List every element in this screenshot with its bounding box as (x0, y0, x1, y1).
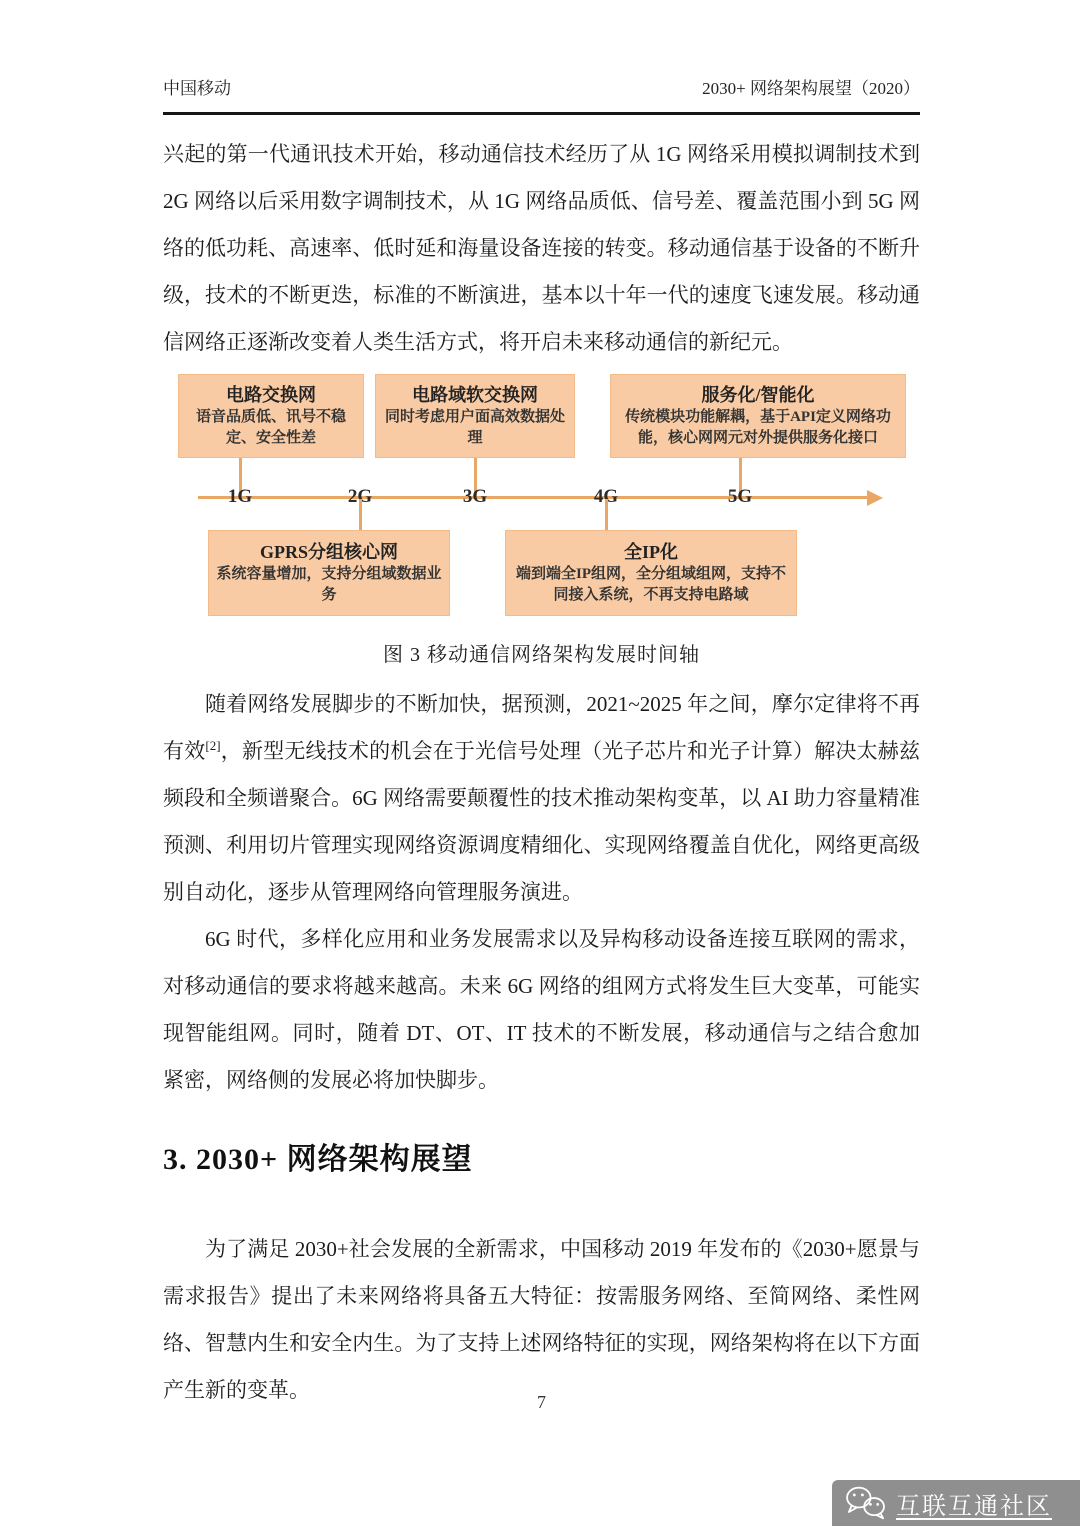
watermark-label: 互联互通社区 (896, 1486, 1052, 1521)
diagram-box-gprs-core: GPRS分组核心网 系统容量增加，支持分组域数据业务 (208, 530, 450, 616)
timeline-label-1g: 1G (212, 486, 268, 508)
timeline-arrowhead-icon (867, 490, 883, 506)
header-right-text: 2030+ 网络架构展望（2020） (702, 74, 920, 99)
page-header: 中国移动 2030+ 网络架构展望（2020） (163, 0, 920, 115)
paragraph-1: 兴起的第一代通讯技术开始，移动通信技术经历了从 1G 网络采用模拟调制技术到 2… (163, 131, 920, 366)
timeline-axis (198, 496, 870, 499)
diagram-box-title: 电路交换网 (185, 383, 357, 407)
wechat-bubbles-icon (844, 1485, 888, 1521)
connector-line-2g (359, 499, 362, 530)
section-heading: 3. 2030+ 网络架构展望 (163, 1134, 920, 1178)
diagram-box-body: 传统模块功能解耦，基于API定义网络功能，核心网网元对外提供服务化接口 (617, 407, 899, 449)
paragraph-2: 随着网络发展脚步的不断加快，据预测，2021~2025 年之间，摩尔定律将不再有… (163, 681, 920, 916)
diagram-box-title: GPRS分组核心网 (215, 540, 443, 564)
diagram-box-body: 语音品质低、讯号不稳定、安全性差 (185, 407, 357, 449)
diagram-box-body: 系统容量增加，支持分组域数据业务 (215, 564, 443, 606)
diagram-box-all-ip: 全IP化 端到端全IP组网，全分组域组网，支持不同接入系统，不再支持电路域 (505, 530, 797, 616)
watermark-badge: 互联互通社区 (832, 1480, 1080, 1526)
header-left-text: 中国移动 (163, 74, 231, 99)
diagram-box-body: 同时考虑用户面高效数据处理 (382, 407, 568, 449)
timeline-label-5g: 5G (712, 486, 768, 508)
timeline-label-3g: 3G (447, 486, 503, 508)
paragraph-4: 为了满足 2030+社会发展的全新需求，中国移动 2019 年发布的《2030+… (163, 1226, 920, 1414)
document-page: 中国移动 2030+ 网络架构展望（2020） 兴起的第一代通讯技术开始，移动通… (0, 0, 1080, 1526)
diagram-box-title: 电路域软交换网 (382, 383, 568, 407)
figure-caption: 图 3 移动通信网络架构发展时间轴 (163, 638, 920, 667)
paragraph-3: 6G 时代，多样化应用和业务发展需求以及异构移动设备连接互联网的需求，对移动通信… (163, 916, 920, 1104)
diagram-box-circuit-switch: 电路交换网 语音品质低、讯号不稳定、安全性差 (178, 374, 364, 458)
paragraph-2-text: ，新型无线技术的机会在于光信号处理（光子芯片和光子计算）解决太赫兹频段和全频谱聚… (163, 739, 920, 904)
diagram-box-title: 全IP化 (512, 540, 790, 564)
diagram-box-service-based: 服务化/智能化 传统模块功能解耦，基于API定义网络功能，核心网网元对外提供服务… (610, 374, 906, 458)
connector-line-4g (605, 499, 608, 530)
diagram-box-title: 服务化/智能化 (617, 383, 899, 407)
page-number: 7 (163, 1392, 920, 1413)
diagram-box-softswitch: 电路域软交换网 同时考虑用户面高效数据处理 (375, 374, 575, 458)
reference-marker: [2] (205, 738, 220, 753)
diagram-box-body: 端到端全IP组网，全分组域组网，支持不同接入系统，不再支持电路域 (512, 564, 790, 606)
figure-timeline-diagram: 电路交换网 语音品质低、讯号不稳定、安全性差 电路域软交换网 同时考虑用户面高效… (163, 370, 920, 622)
